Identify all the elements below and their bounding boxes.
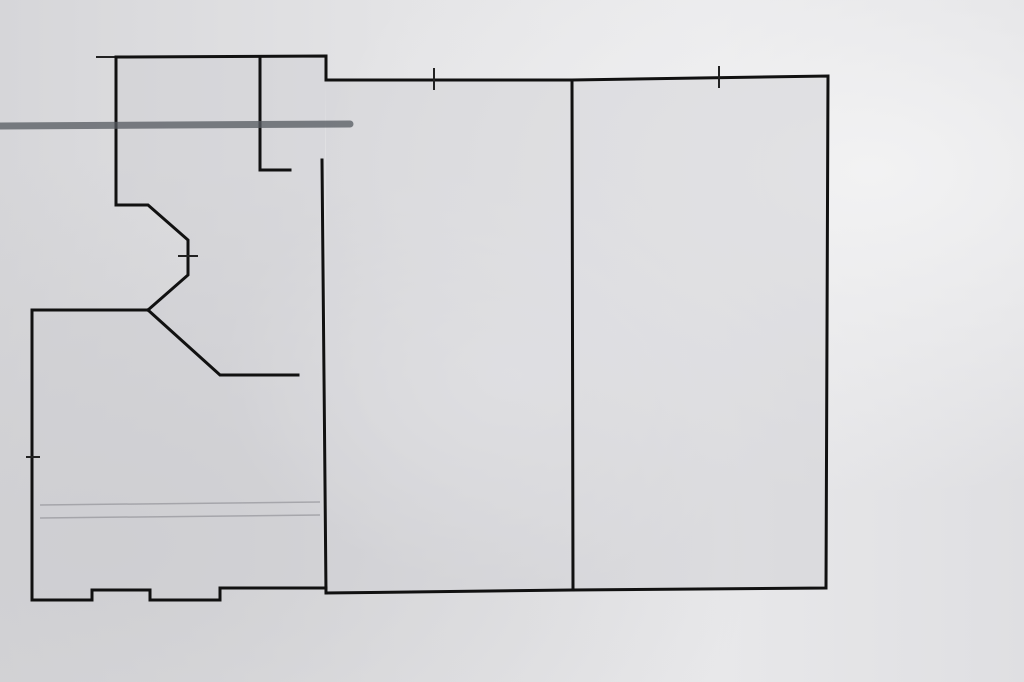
floor-plan <box>0 0 1024 682</box>
room-right <box>572 76 828 590</box>
room-middle <box>326 80 572 592</box>
partition-wall-left-middle <box>322 160 326 593</box>
partition-wall-middle-right <box>572 80 573 590</box>
scan-artifact-line <box>0 124 350 126</box>
